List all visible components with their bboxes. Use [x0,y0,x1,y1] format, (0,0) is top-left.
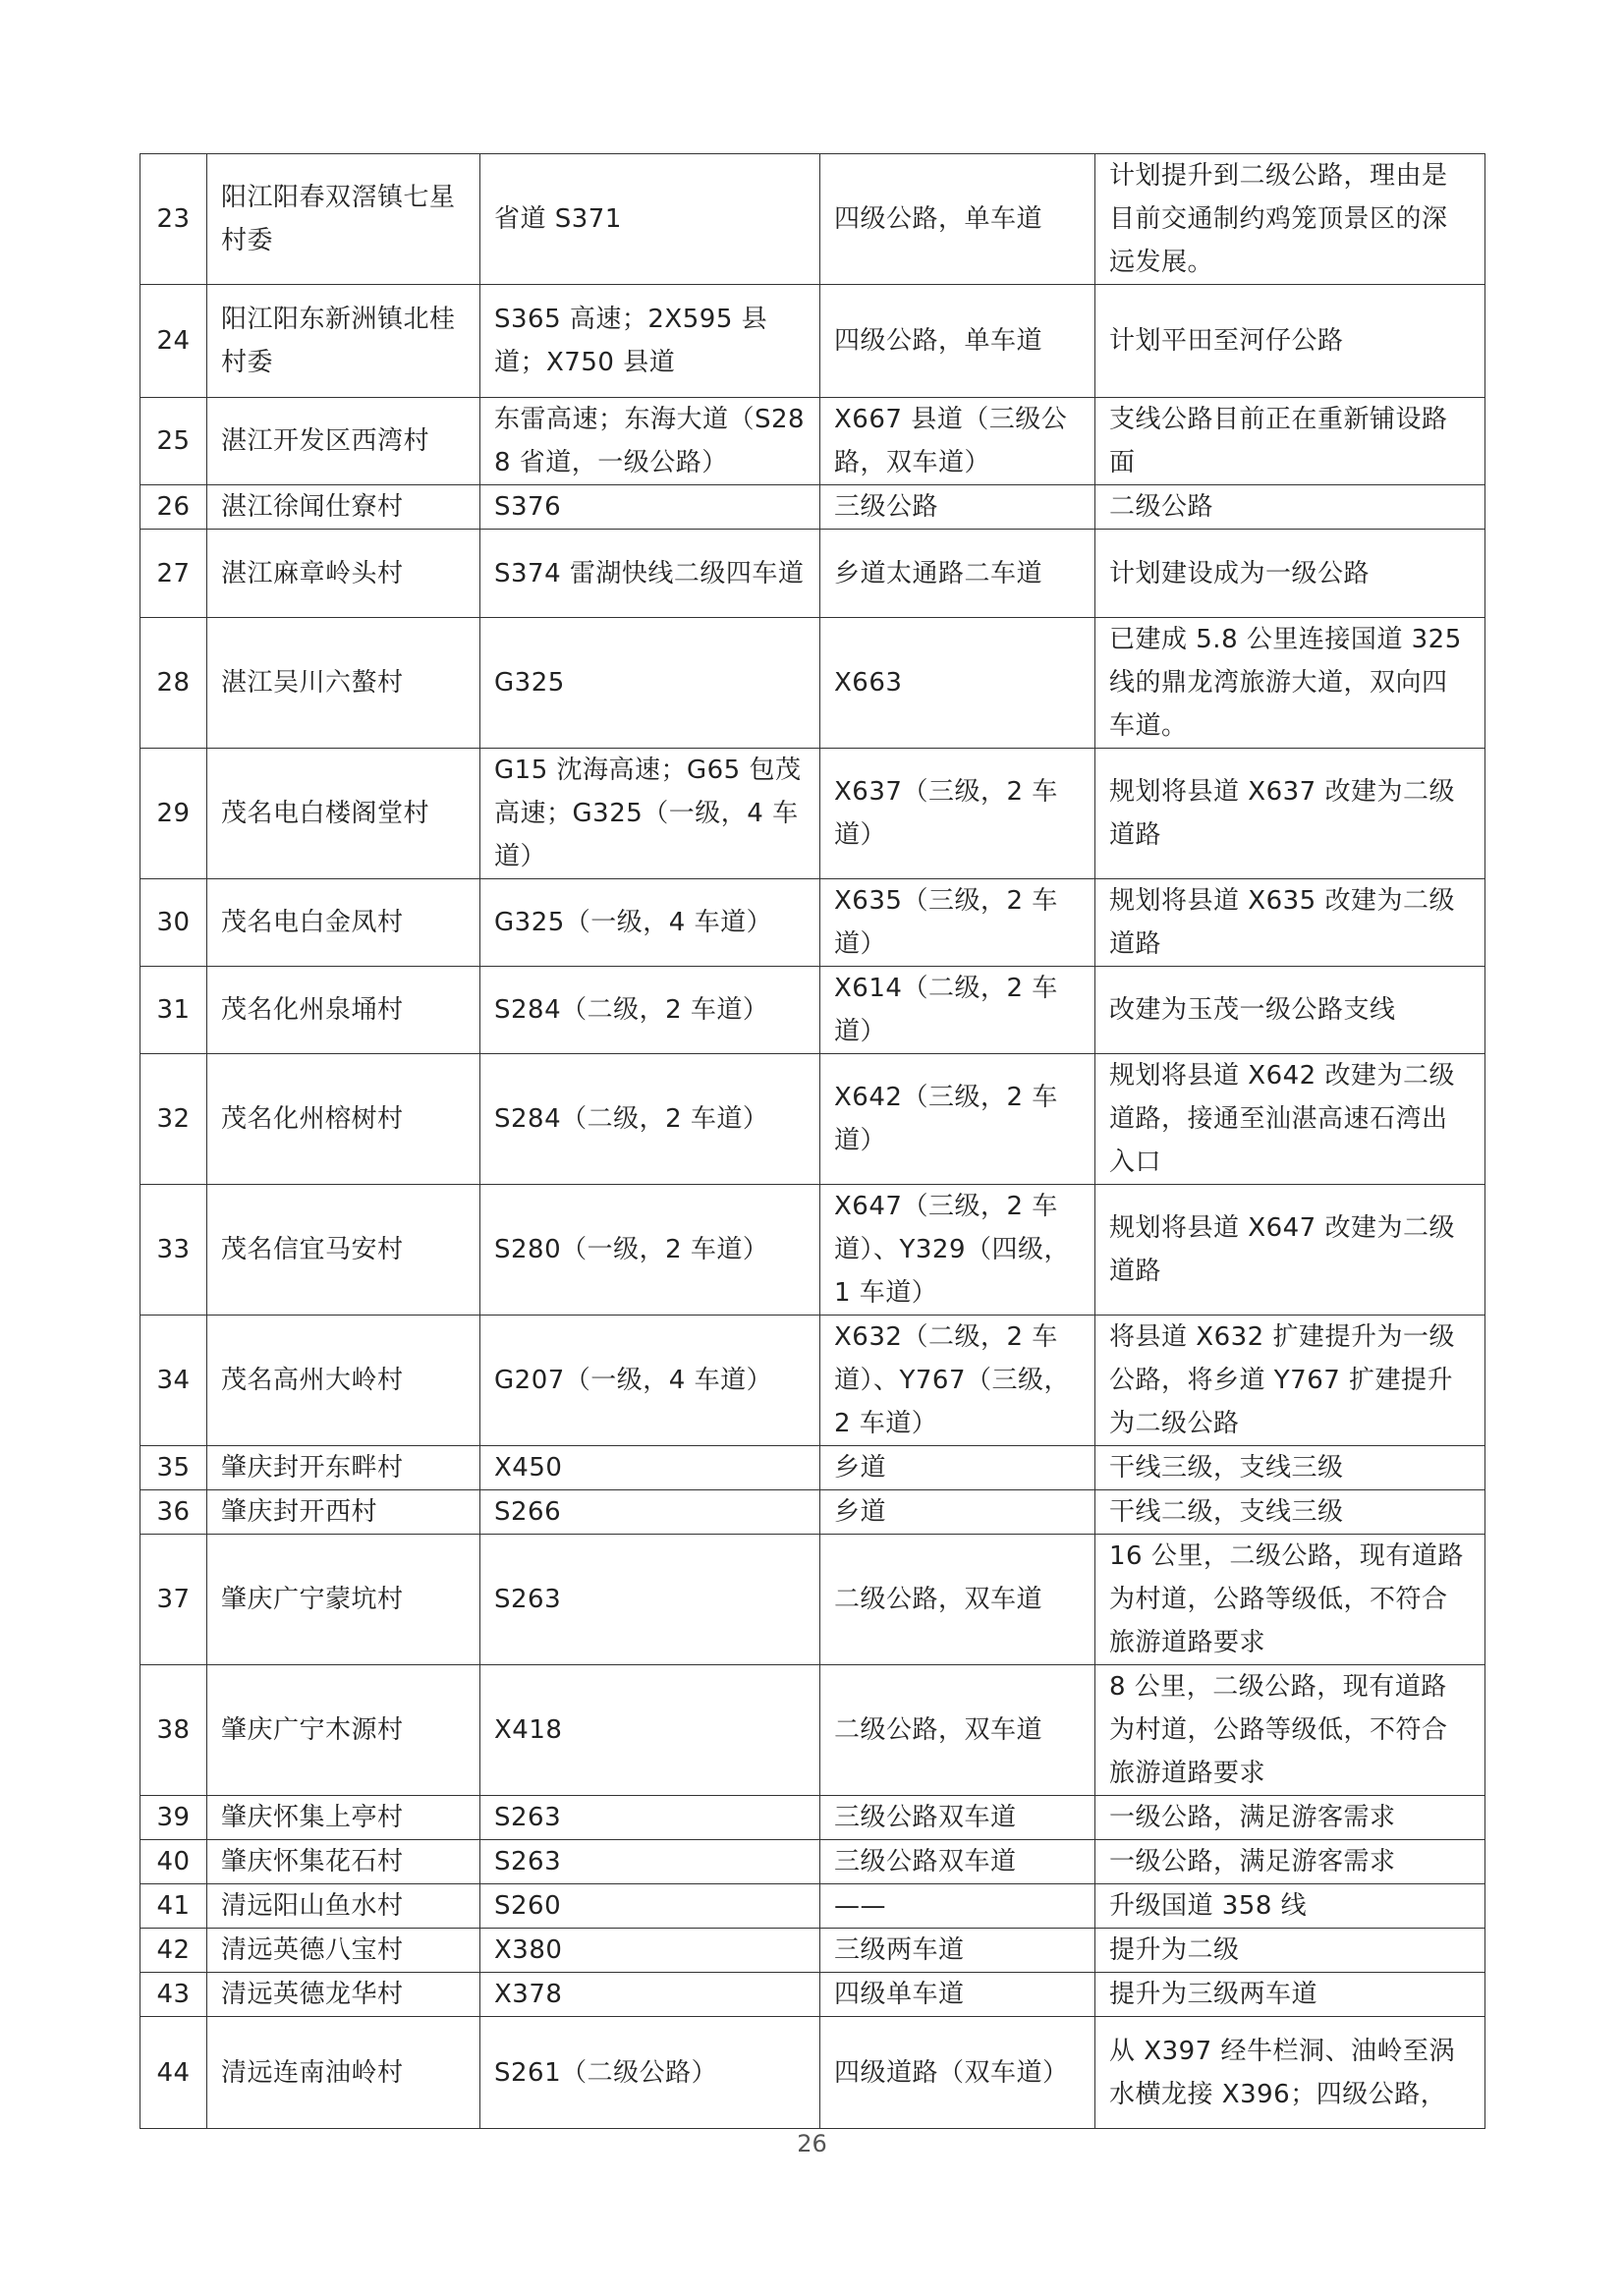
village-cell: 清远英德龙华村 [207,1973,480,2017]
road-planning-table: 23 阳江阳春双滘镇七星村委 省道 S371 四级公路，单车道 计划提升到二级公… [140,153,1485,2129]
village-cell: 湛江吴川六螯村 [207,618,480,749]
row-number-cell: 32 [140,1054,207,1185]
table-body: 23 阳江阳春双滘镇七星村委 省道 S371 四级公路，单车道 计划提升到二级公… [140,154,1485,2129]
row-number-cell: 26 [140,485,207,530]
village-cell: 茂名化州泉埇村 [207,967,480,1054]
table-row: 31 茂名化州泉埇村 S284（二级，2 车道） X614（二级，2 车道） 改… [140,967,1485,1054]
trunk-road-cell: S376 [480,485,820,530]
table-row: 35 肇庆封开东畔村 X450 乡道 干线三级，支线三级 [140,1446,1485,1490]
branch-road-cell: 乡道 [820,1446,1095,1490]
branch-road-cell: X647（三级，2 车道）、Y329（四级，1 车道） [820,1185,1095,1316]
village-cell: 湛江徐闻仕寮村 [207,485,480,530]
trunk-road-cell: 东雷高速；东海大道（S288 省道，一级公路） [480,398,820,485]
branch-road-cell: —— [820,1884,1095,1929]
row-number-cell: 42 [140,1929,207,1973]
trunk-road-cell: G325 [480,618,820,749]
village-cell: 茂名化州榕树村 [207,1054,480,1185]
row-number-cell: 31 [140,967,207,1054]
trunk-road-cell: S263 [480,1840,820,1884]
upgrade-plan-cell: 已建成 5.8 公里连接国道 325 线的鼎龙湾旅游大道，双向四车道。 [1095,618,1485,749]
table-row: 38 肇庆广宁木源村 X418 二级公路，双车道 8 公里，二级公路，现有道路为… [140,1665,1485,1796]
row-number-cell: 40 [140,1840,207,1884]
branch-road-cell: X614（二级，2 车道） [820,967,1095,1054]
table-row: 30 茂名电白金凤村 G325（一级，4 车道） X635（三级，2 车道） 规… [140,879,1485,967]
page-number: 26 [0,2130,1624,2157]
branch-road-cell: 四级道路（双车道） [820,2017,1095,2129]
trunk-road-cell: G207（一级，4 车道） [480,1316,820,1446]
trunk-road-cell: S266 [480,1490,820,1535]
table-row: 34 茂名高州大岭村 G207（一级，4 车道） X632（二级，2 车道）、Y… [140,1316,1485,1446]
branch-road-cell: 三级公路双车道 [820,1840,1095,1884]
branch-road-cell: X663 [820,618,1095,749]
trunk-road-cell: 省道 S371 [480,154,820,285]
branch-road-cell: 乡道太通路二车道 [820,530,1095,618]
upgrade-plan-cell: 一级公路，满足游客需求 [1095,1840,1485,1884]
village-cell: 湛江麻章岭头村 [207,530,480,618]
upgrade-plan-cell: 计划提升到二级公路，理由是目前交通制约鸡笼顶景区的深远发展。 [1095,154,1485,285]
table-row: 37 肇庆广宁蒙坑村 S263 二级公路，双车道 16 公里，二级公路，现有道路… [140,1535,1485,1665]
trunk-road-cell: S374 雷湖快线二级四车道 [480,530,820,618]
upgrade-plan-cell: 从 X397 经牛栏洞、油岭至涡水横龙接 X396；四级公路， [1095,2017,1485,2129]
row-number-cell: 29 [140,749,207,879]
table-row: 43 清远英德龙华村 X378 四级单车道 提升为三级两车道 [140,1973,1485,2017]
table-row: 36 肇庆封开西村 S266 乡道 干线二级，支线三级 [140,1490,1485,1535]
row-number-cell: 27 [140,530,207,618]
trunk-road-cell: G15 沈海高速；G65 包茂高速；G325（一级，4 车道） [480,749,820,879]
branch-road-cell: X642（三级，2 车道） [820,1054,1095,1185]
row-number-cell: 28 [140,618,207,749]
row-number-cell: 36 [140,1490,207,1535]
village-cell: 茂名电白金凤村 [207,879,480,967]
row-number-cell: 24 [140,285,207,398]
table-row: 26 湛江徐闻仕寮村 S376 三级公路 二级公路 [140,485,1485,530]
row-number-cell: 41 [140,1884,207,1929]
row-number-cell: 44 [140,2017,207,2129]
table-row: 29 茂名电白楼阁堂村 G15 沈海高速；G65 包茂高速；G325（一级，4 … [140,749,1485,879]
row-number-cell: 33 [140,1185,207,1316]
upgrade-plan-cell: 提升为三级两车道 [1095,1973,1485,2017]
table-row: 27 湛江麻章岭头村 S374 雷湖快线二级四车道 乡道太通路二车道 计划建设成… [140,530,1485,618]
table-row: 32 茂名化州榕树村 S284（二级，2 车道） X642（三级，2 车道） 规… [140,1054,1485,1185]
branch-road-cell: X667 县道（三级公路，双车道） [820,398,1095,485]
row-number-cell: 25 [140,398,207,485]
table-row: 42 清远英德八宝村 X380 三级两车道 提升为二级 [140,1929,1485,1973]
village-cell: 肇庆广宁蒙坑村 [207,1535,480,1665]
row-number-cell: 39 [140,1796,207,1840]
branch-road-cell: 三级公路 [820,485,1095,530]
row-number-cell: 43 [140,1973,207,2017]
village-cell: 肇庆封开西村 [207,1490,480,1535]
upgrade-plan-cell: 提升为二级 [1095,1929,1485,1973]
village-cell: 阳江阳东新洲镇北桂村委 [207,285,480,398]
village-cell: 肇庆怀集花石村 [207,1840,480,1884]
upgrade-plan-cell: 升级国道 358 线 [1095,1884,1485,1929]
table-row: 40 肇庆怀集花石村 S263 三级公路双车道 一级公路，满足游客需求 [140,1840,1485,1884]
table-row: 41 清远阳山鱼水村 S260 —— 升级国道 358 线 [140,1884,1485,1929]
village-cell: 湛江开发区西湾村 [207,398,480,485]
branch-road-cell: 乡道 [820,1490,1095,1535]
trunk-road-cell: X378 [480,1973,820,2017]
village-cell: 清远英德八宝村 [207,1929,480,1973]
branch-road-cell: X637（三级，2 车道） [820,749,1095,879]
trunk-road-cell: X418 [480,1665,820,1796]
trunk-road-cell: S365 高速；2X595 县道；X750 县道 [480,285,820,398]
village-cell: 阳江阳春双滘镇七星村委 [207,154,480,285]
village-cell: 肇庆怀集上亭村 [207,1796,480,1840]
table-row: 25 湛江开发区西湾村 东雷高速；东海大道（S288 省道，一级公路） X667… [140,398,1485,485]
village-cell: 茂名高州大岭村 [207,1316,480,1446]
village-cell: 清远阳山鱼水村 [207,1884,480,1929]
branch-road-cell: 四级公路，单车道 [820,285,1095,398]
upgrade-plan-cell: 计划平田至河仔公路 [1095,285,1485,398]
branch-road-cell: 三级公路双车道 [820,1796,1095,1840]
upgrade-plan-cell: 规划将县道 X647 改建为二级道路 [1095,1185,1485,1316]
upgrade-plan-cell: 规划将县道 X642 改建为二级道路，接通至汕湛高速石湾出入口 [1095,1054,1485,1185]
trunk-road-cell: X380 [480,1929,820,1973]
row-number-cell: 38 [140,1665,207,1796]
table-row: 33 茂名信宜马安村 S280（一级，2 车道） X647（三级，2 车道）、Y… [140,1185,1485,1316]
upgrade-plan-cell: 改建为玉茂一级公路支线 [1095,967,1485,1054]
village-cell: 肇庆封开东畔村 [207,1446,480,1490]
table-row: 24 阳江阳东新洲镇北桂村委 S365 高速；2X595 县道；X750 县道 … [140,285,1485,398]
document-page: 23 阳江阳春双滘镇七星村委 省道 S371 四级公路，单车道 计划提升到二级公… [0,0,1624,2296]
row-number-cell: 30 [140,879,207,967]
trunk-road-cell: S263 [480,1796,820,1840]
branch-road-cell: 三级两车道 [820,1929,1095,1973]
table-row: 39 肇庆怀集上亭村 S263 三级公路双车道 一级公路，满足游客需求 [140,1796,1485,1840]
branch-road-cell: 二级公路，双车道 [820,1535,1095,1665]
trunk-road-cell: S263 [480,1535,820,1665]
trunk-road-cell: S261（二级公路） [480,2017,820,2129]
upgrade-plan-cell: 8 公里，二级公路，现有道路为村道，公路等级低，不符合旅游道路要求 [1095,1665,1485,1796]
upgrade-plan-cell: 规划将县道 X637 改建为二级道路 [1095,749,1485,879]
branch-road-cell: 四级单车道 [820,1973,1095,2017]
upgrade-plan-cell: 支线公路目前正在重新铺设路面 [1095,398,1485,485]
upgrade-plan-cell: 将县道 X632 扩建提升为一级公路，将乡道 Y767 扩建提升为二级公路 [1095,1316,1485,1446]
table-row: 28 湛江吴川六螯村 G325 X663 已建成 5.8 公里连接国道 325 … [140,618,1485,749]
upgrade-plan-cell: 16 公里，二级公路，现有道路为村道，公路等级低，不符合旅游道路要求 [1095,1535,1485,1665]
branch-road-cell: 四级公路，单车道 [820,154,1095,285]
row-number-cell: 35 [140,1446,207,1490]
upgrade-plan-cell: 二级公路 [1095,485,1485,530]
trunk-road-cell: S284（二级，2 车道） [480,1054,820,1185]
branch-road-cell: X635（三级，2 车道） [820,879,1095,967]
village-cell: 肇庆广宁木源村 [207,1665,480,1796]
upgrade-plan-cell: 干线二级，支线三级 [1095,1490,1485,1535]
branch-road-cell: 二级公路，双车道 [820,1665,1095,1796]
row-number-cell: 37 [140,1535,207,1665]
trunk-road-cell: S260 [480,1884,820,1929]
trunk-road-cell: G325（一级，4 车道） [480,879,820,967]
upgrade-plan-cell: 一级公路，满足游客需求 [1095,1796,1485,1840]
branch-road-cell: X632（二级，2 车道）、Y767（三级，2 车道） [820,1316,1095,1446]
upgrade-plan-cell: 干线三级，支线三级 [1095,1446,1485,1490]
trunk-road-cell: S284（二级，2 车道） [480,967,820,1054]
trunk-road-cell: S280（一级，2 车道） [480,1185,820,1316]
row-number-cell: 23 [140,154,207,285]
village-cell: 茂名信宜马安村 [207,1185,480,1316]
row-number-cell: 34 [140,1316,207,1446]
trunk-road-cell: X450 [480,1446,820,1490]
table-row: 23 阳江阳春双滘镇七星村委 省道 S371 四级公路，单车道 计划提升到二级公… [140,154,1485,285]
village-cell: 清远连南油岭村 [207,2017,480,2129]
table-row: 44 清远连南油岭村 S261（二级公路） 四级道路（双车道） 从 X397 经… [140,2017,1485,2129]
village-cell: 茂名电白楼阁堂村 [207,749,480,879]
upgrade-plan-cell: 计划建设成为一级公路 [1095,530,1485,618]
upgrade-plan-cell: 规划将县道 X635 改建为二级道路 [1095,879,1485,967]
